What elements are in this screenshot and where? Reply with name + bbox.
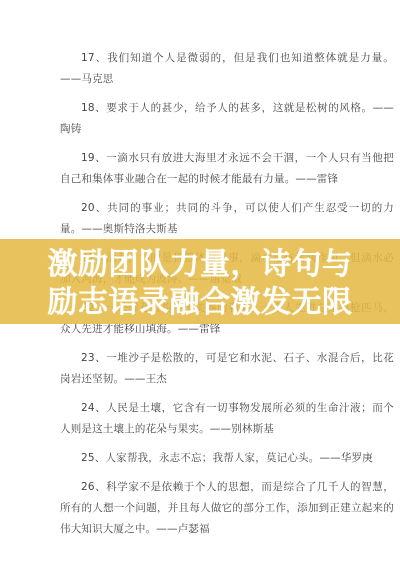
overlay-title-line-2: 励志语录融合激发无限: [0, 284, 400, 322]
overlay-title-line-1: 激励团队力量，诗句与: [0, 246, 400, 284]
quote-item-23: 23、一堆沙子是松散的，可是它和水泥、石子、水混合后，比花岗岩还坚韧。——王杰: [60, 348, 394, 390]
quote-item-25: 25、人家帮我，永志不忘；我帮人家，莫记心头。——华罗庚: [60, 448, 394, 469]
quote-item-24: 24、人民是土壤，它含有一切事物发展所必须的生命汁液；而个人则是这土壤上的花朵与…: [60, 398, 394, 440]
quote-item-18: 18、要求于人的甚少，给予人的甚多，这就是松树的风格。——陶铸: [60, 98, 394, 140]
quote-item-26: 26、科学家不是依赖于个人的思想，而是综合了几千人的智慧，所有的人想一个问题，并…: [60, 477, 394, 540]
quote-item-17: 17、我们知道个人是微弱的，但是我们也知道整体就是力量。——马克思: [60, 48, 394, 90]
quote-item-20: 20、共同的事业；共同的斗争，可以使人们产生忍受一切的力量。——奥斯特洛夫斯基: [60, 198, 394, 240]
title-overlay-banner: 激励团队力量，诗句与 励志语录融合激发无限: [0, 239, 400, 324]
article-page: 17、我们知道个人是微弱的，但是我们也知道整体就是力量。——马克思 18、要求于…: [0, 0, 400, 566]
quote-item-19: 19、一滴水只有放进大海里才永远不会干涸，一个人只有当他把自己和集体事业融合在一…: [60, 148, 394, 190]
